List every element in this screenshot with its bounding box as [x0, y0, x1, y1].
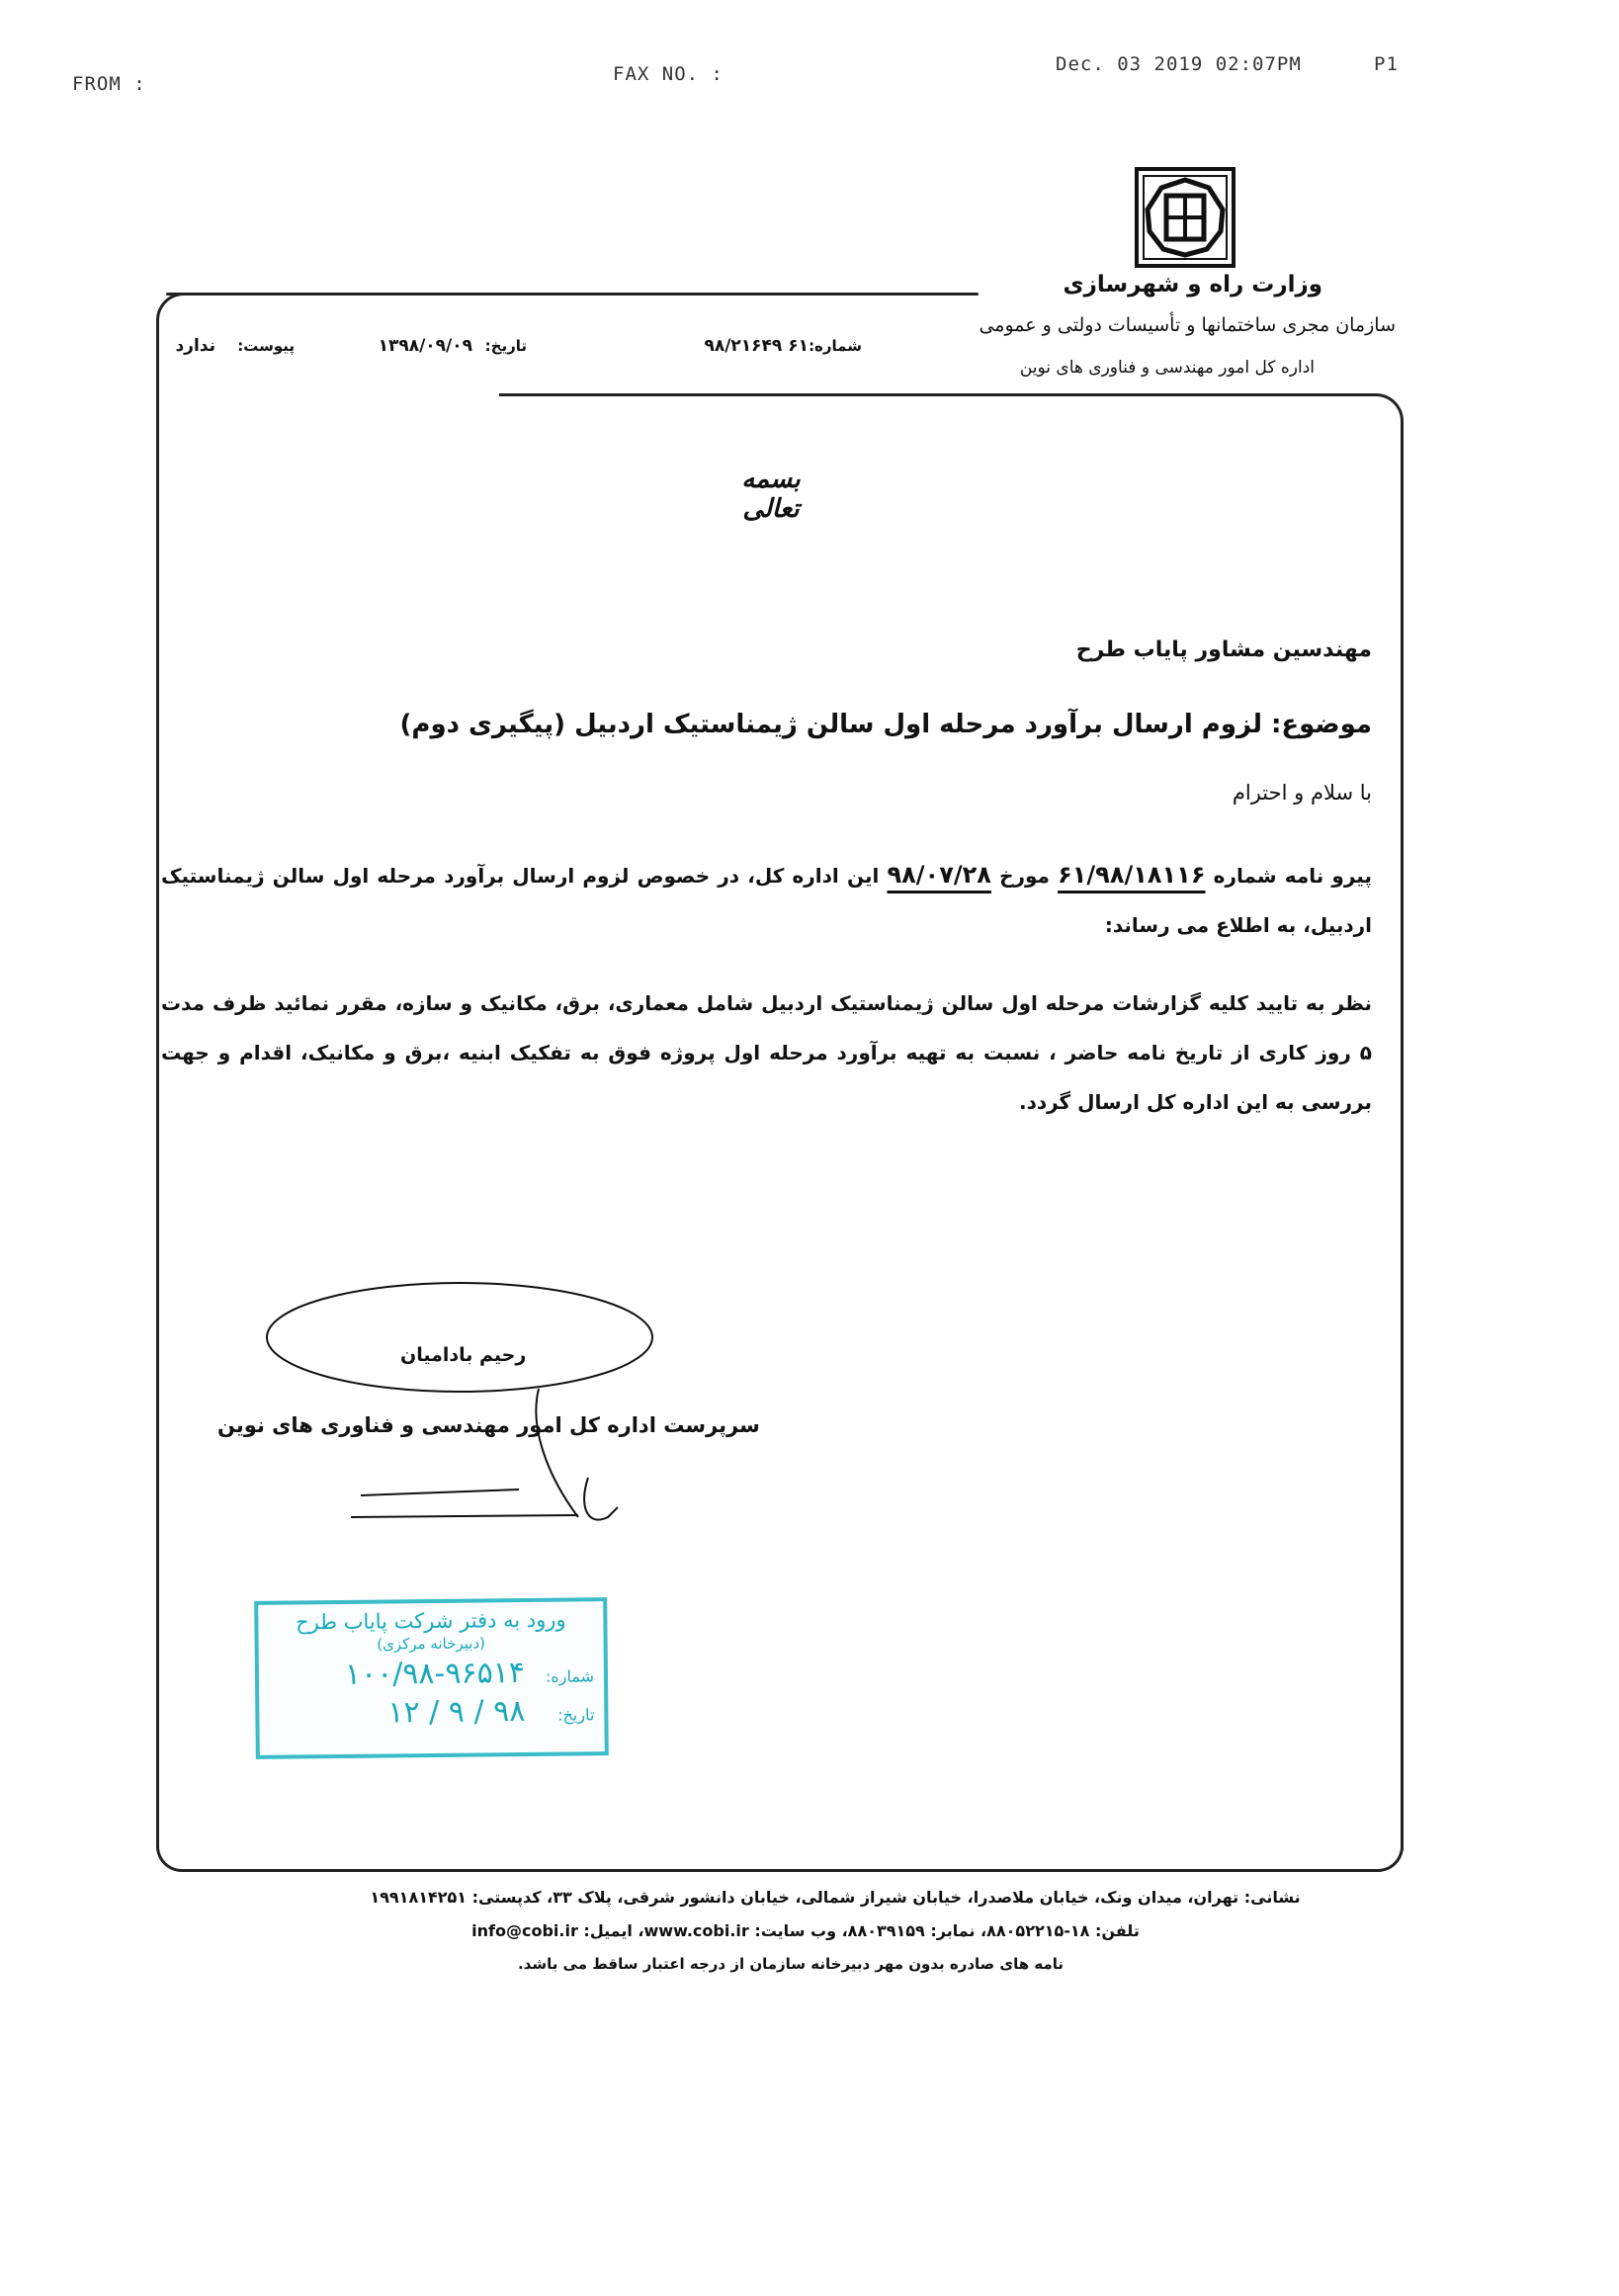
frame-left-line — [156, 326, 159, 1848]
signatory-title: سرپرست اداره کل امور مهندسی و فناوری های… — [217, 1413, 760, 1437]
received-stamp: ورود به دفتر شرکت پایاب طرح (دبیرخانه مر… — [254, 1597, 609, 1759]
letter-number-label: شماره: — [809, 336, 862, 356]
stamp-subheading: (دبیرخانه مرکزی) — [269, 1633, 594, 1654]
letter-number-value: ۶۱ ۹۸/۲۱۶۴۹ — [704, 336, 809, 356]
ministry-name: وزارت راه و شهرسازی — [1064, 272, 1322, 298]
recipient: مهندسین مشاور پایاب طرح — [1076, 638, 1372, 662]
fax-from-label: FROM : — [72, 73, 146, 95]
footer-address: نشانی: تهران، میدان ونک، خیابان ملاصدرا،… — [277, 1888, 1394, 1907]
stamp-heading: ورود به دفتر شرکت پایاب طرح — [268, 1607, 593, 1634]
paragraph-1: پیرو نامه شماره ۶۱/۹۸/۱۸۱۱۶ مورخ ۹۸/۰۷/۲… — [161, 850, 1372, 950]
stamp-number-label: شماره: — [525, 1666, 594, 1686]
frame-corner — [156, 293, 196, 332]
stamp-number-value: ۱۰۰/۹۸-۹۶۵۱۴ — [345, 1656, 525, 1692]
greeting: با سلام و احترام — [1233, 781, 1372, 805]
paragraph-2: نظر به تایید کلیه گزارشات مرحله اول سالن… — [161, 978, 1372, 1127]
frame-right-line — [1401, 427, 1404, 1850]
frame-top-left-line — [166, 293, 979, 296]
reference-date: ۹۸/۰۷/۲۸ — [887, 861, 990, 889]
organization-name: سازمان مجری ساختمانها و تأسیسات دولتی و … — [979, 314, 1396, 336]
letter-date-value: ۱۳۹۸/۰۹/۰۹ — [379, 336, 472, 356]
subject: موضوع: لزوم ارسال برآورد مرحله اول سالن … — [400, 710, 1372, 739]
attachment-value: ندارد — [175, 336, 215, 356]
signature-scribble — [262, 1280, 677, 1537]
frame-bottom-line — [156, 1832, 1404, 1872]
fax-page-number: P1 — [1374, 53, 1399, 75]
attachment-label: پیوست: — [237, 336, 295, 356]
frame-corner — [1364, 393, 1404, 433]
letter-date-label: تاریخ: — [485, 336, 527, 356]
signatory-name: رحیم بادامیان — [400, 1344, 526, 1366]
footer-notice: نامه های صادره بدون مهر دبیرخانه سازمان … — [474, 1955, 1107, 1973]
department-name: اداره کل امور مهندسی و فناوری های نوین — [1020, 358, 1315, 378]
invocation: بسمه تعالی — [712, 465, 830, 524]
fax-timestamp: Dec. 03 2019 02:07PM — [1056, 53, 1302, 75]
frame-top-right-line — [499, 393, 1369, 396]
fax-number-label: FAX NO. : — [613, 63, 724, 85]
stamp-date-label: تاریخ: — [525, 1705, 594, 1725]
stamp-date-value: ۹۸ / ۹ / ۱۲ — [387, 1694, 525, 1730]
footer-contact: تلفن: ۱۸-۸۸۰۵۲۲۱۵، نمابر: ۸۸۰۳۹۱۵۹، وب س… — [395, 1921, 1216, 1940]
ministry-emblem-icon — [1134, 166, 1236, 269]
reference-number: ۶۱/۹۸/۱۸۱۱۶ — [1058, 861, 1205, 889]
